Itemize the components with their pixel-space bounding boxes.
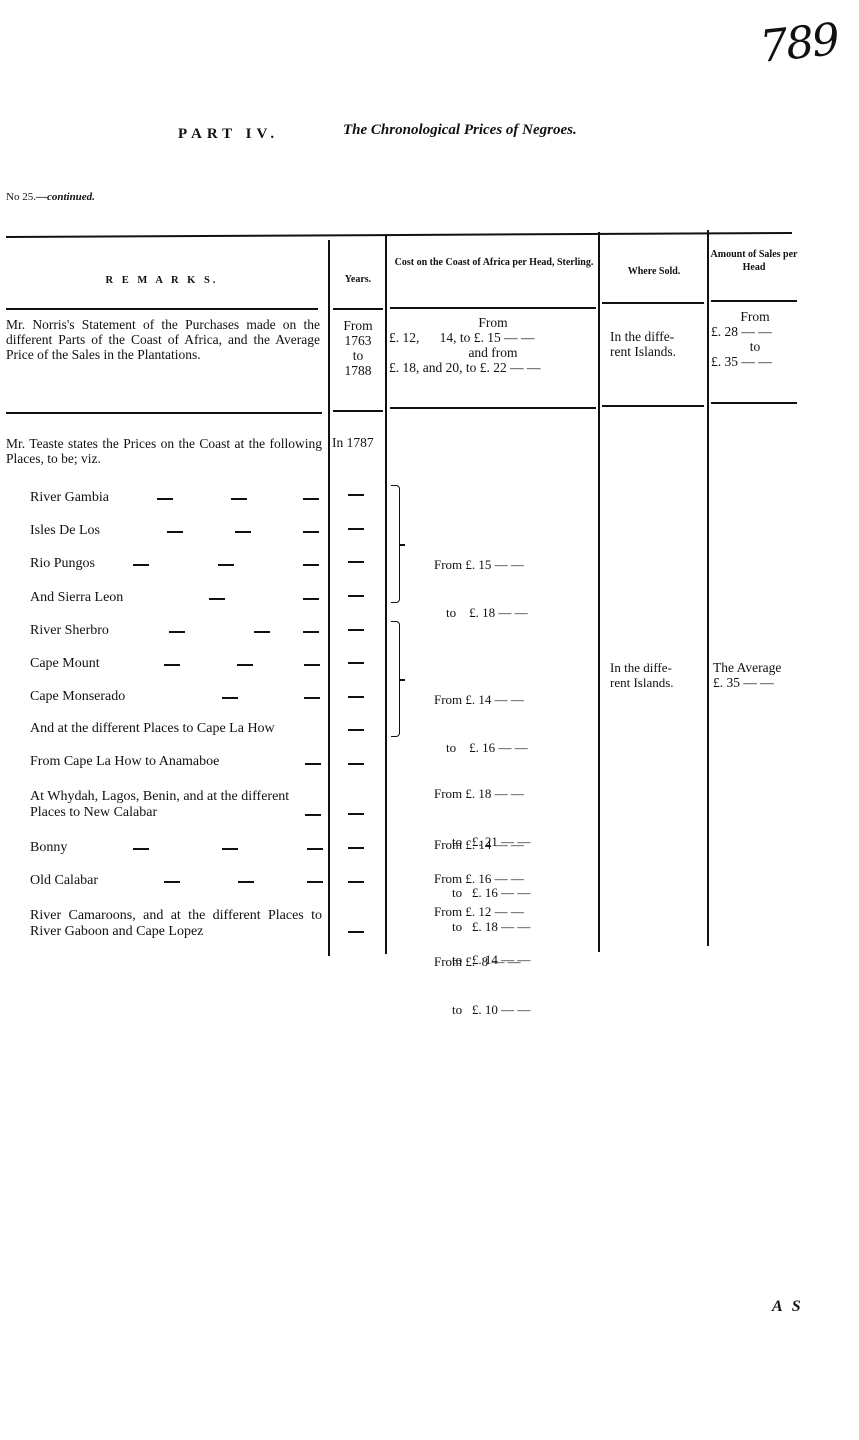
divider-remarks-years: [328, 240, 330, 956]
year-dash: [348, 696, 364, 698]
leader-dash: [164, 664, 180, 666]
page-subtitle: The Chronological Prices of Negroes.: [343, 122, 577, 139]
year-dash: [348, 561, 364, 563]
leader-dash: [209, 598, 225, 600]
norris-amount-to: to: [711, 339, 799, 354]
signature-mark: A S: [772, 1298, 804, 1316]
norris-bottom-rule-where: [602, 405, 704, 407]
place-whydah-new-calabar: At Whydah, Lagos, Benin, and at the diff…: [30, 789, 320, 821]
leader-dash: [222, 697, 238, 699]
price-from: From £. 12 — —: [434, 904, 530, 920]
leader-dash: [305, 814, 321, 816]
leader-dash: [307, 848, 323, 850]
leader-dash: [304, 697, 320, 699]
place-la-how-anamaboe: From Cape La How to Anamaboe: [30, 754, 219, 770]
price-from: From £. 14 — —: [434, 692, 528, 708]
price-group-1: From £. 15 — — to £. 18 — —: [434, 525, 528, 637]
leader-dash: [303, 631, 319, 633]
price-from: From £. 18 — —: [434, 786, 530, 802]
leader-dash: [157, 498, 173, 500]
teaste-where-line2: rent Islands.: [610, 675, 706, 690]
norris-cost: From £. 12, 14, to £. 15 — — and from £.…: [389, 315, 597, 375]
leader-dash: [133, 848, 149, 850]
norris-amount-low: £. 28 — —: [711, 324, 799, 339]
norris-bottom-rule-amount: [711, 402, 797, 404]
place-isles-de-los: Isles De Los: [30, 523, 100, 539]
norris-years-end: 1788: [332, 363, 384, 378]
year-dash: [348, 763, 364, 765]
leader-dash: [218, 564, 234, 566]
leader-dash: [164, 881, 180, 883]
year-dash: [348, 847, 364, 849]
norris-cost-line2: £. 18, and 20, to £. 22 — —: [389, 360, 597, 375]
leader-dash: [169, 631, 185, 633]
header-where-sold: Where Sold.: [600, 265, 708, 278]
leader-dash: [235, 531, 251, 533]
norris-amount-high: £. 35 — —: [711, 354, 799, 369]
header-bottom-rule: [6, 308, 318, 310]
place-cape-la-how: And at the different Places to Cape La H…: [30, 721, 275, 737]
leader-dash: [305, 763, 321, 765]
norris-amount-from: From: [711, 309, 799, 324]
norris-bottom-rule-years: [333, 410, 383, 412]
norris-amount: From £. 28 — — to £. 35 — —: [711, 309, 799, 369]
header-cost: Cost on the Coast of Africa per Head, St…: [390, 256, 598, 269]
leader-dash: [231, 498, 247, 500]
norris-bottom-rule: [6, 412, 322, 414]
place-cape-monserado: Cape Monserado: [30, 689, 125, 705]
teaste-year: In 1787: [332, 435, 386, 450]
price-to: to £. 18 — —: [434, 605, 528, 621]
price-from: From £. 8 — —: [434, 954, 530, 970]
leader-dash: [222, 848, 238, 850]
header-years: Years.: [332, 273, 384, 286]
leader-dash: [303, 498, 319, 500]
leader-dash: [304, 664, 320, 666]
norris-where-sold: In the diffe- rent Islands.: [610, 329, 706, 359]
norris-years-start: 1763: [332, 333, 384, 348]
norris-cost-from: From: [389, 315, 597, 330]
place-cape-mount: Cape Mount: [30, 656, 100, 672]
leader-dash: [133, 564, 149, 566]
header-bottom-rule-where: [602, 302, 704, 304]
table-top-rule: [6, 232, 792, 238]
year-dash: [348, 629, 364, 631]
header-bottom-rule-amount: [711, 300, 797, 302]
place-river-gambia: River Gambia: [30, 490, 109, 506]
teaste-amount-label: The Average: [713, 660, 805, 675]
teaste-remark: Mr. Teaste states the Prices on the Coas…: [6, 436, 322, 466]
place-sierra-leon: And Sierra Leon: [30, 590, 123, 606]
leader-dash: [307, 881, 323, 883]
year-dash: [348, 595, 364, 597]
brace-group-2: [391, 621, 400, 737]
header-bottom-rule-cost: [390, 307, 596, 309]
part-heading: PART IV.: [178, 126, 279, 143]
teaste-amount: The Average £. 35 — —: [713, 660, 805, 690]
norris-where-line1: In the diffe-: [610, 329, 706, 344]
year-dash: [348, 931, 364, 933]
norris-years: From 1763 to 1788: [332, 318, 384, 378]
leader-dash: [167, 531, 183, 533]
teaste-amount-value: £. 35 — —: [713, 675, 805, 690]
place-river-sherbro: River Sherbro: [30, 623, 109, 639]
leader-dash: [303, 531, 319, 533]
place-river-camaroons: River Camaroons, and at the different Pl…: [30, 908, 322, 940]
header-bottom-rule-years: [333, 308, 383, 310]
brace-group-1: [391, 485, 400, 603]
table-reference: No 25.—continued.: [6, 191, 95, 203]
divider-years-cost: [385, 236, 387, 954]
leader-dash: [303, 564, 319, 566]
place-old-calabar: Old Calabar: [30, 873, 98, 889]
header-remarks: R E M A R K S.: [6, 274, 318, 287]
year-dash: [348, 881, 364, 883]
leader-dash: [254, 631, 270, 633]
year-dash: [348, 494, 364, 496]
year-dash: [348, 813, 364, 815]
norris-years-to: to: [332, 348, 384, 363]
price-from: From £. 15 — —: [434, 557, 528, 573]
norris-years-from: From: [332, 318, 384, 333]
leader-dash: [238, 881, 254, 883]
norris-where-line2: rent Islands.: [610, 344, 706, 359]
divider-where-amount: [707, 230, 709, 946]
norris-bottom-rule-cost: [390, 407, 596, 409]
header-amount: Amount of Sales per Head: [708, 248, 800, 274]
year-dash: [348, 528, 364, 530]
year-dash: [348, 662, 364, 664]
continued-label: —continued.: [36, 191, 95, 203]
teaste-where-sold: In the diffe- rent Islands.: [610, 660, 706, 690]
place-rio-pungos: Rio Pungos: [30, 556, 95, 572]
norris-cost-and-from: and from: [389, 345, 597, 360]
leader-dash: [237, 664, 253, 666]
price-river-camaroons: From £. 8 — — to £. 10 — —: [434, 922, 530, 1034]
price-to: to £. 10 — —: [434, 1002, 530, 1018]
teaste-where-line1: In the diffe-: [610, 660, 706, 675]
leader-dash: [303, 598, 319, 600]
norris-cost-line1: £. 12, 14, to £. 15 — —: [389, 330, 597, 345]
divider-cost-where: [598, 232, 600, 952]
place-bonny: Bonny: [30, 840, 67, 856]
table-number: No 25.: [6, 191, 36, 203]
year-dash: [348, 729, 364, 731]
folio-number: 789: [758, 14, 841, 73]
norris-remark: Mr. Norris's Statement of the Purchases …: [6, 317, 320, 362]
